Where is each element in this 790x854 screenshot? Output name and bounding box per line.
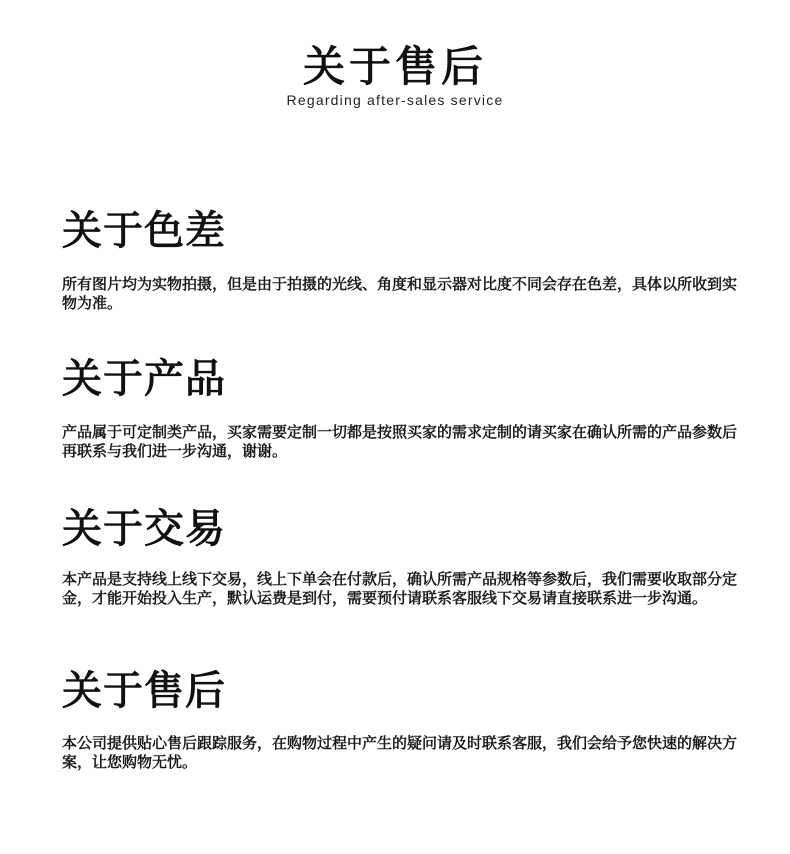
section-product: 关于产品 产品属于可定制类产品，买家需要定制一切都是按照买家的需求定制的请买家在… — [62, 355, 742, 461]
section-color-difference: 关于色差 所有图片均为实物拍摄，但是由于拍摄的光线、角度和显示器对比度不同会存在… — [62, 207, 742, 313]
section-heading: 关于交易 — [62, 505, 742, 553]
section-heading: 关于售后 — [62, 667, 742, 715]
section-body: 所有图片均为实物拍摄，但是由于拍摄的光线、角度和显示器对比度不同会存在色差，具体… — [62, 275, 742, 313]
section-body: 本产品是支持线上线下交易，线上下单会在付款后，确认所需产品规格等参数后，我们需要… — [62, 570, 742, 608]
section-heading: 关于色差 — [62, 207, 742, 255]
section-transaction: 关于交易 本产品是支持线上线下交易，线上下单会在付款后，确认所需产品规格等参数后… — [62, 505, 742, 608]
section-after-sales: 关于售后 本公司提供贴心售后跟踪服务，在购物过程中产生的疑问请及时联系客服，我们… — [62, 667, 742, 772]
section-body: 本公司提供贴心售后跟踪服务，在购物过程中产生的疑问请及时联系客服，我们会给予您快… — [62, 734, 742, 772]
page-header: 关于售后 Regarding after-sales service — [0, 40, 790, 108]
page-subtitle: Regarding after-sales service — [0, 92, 790, 108]
section-heading: 关于产品 — [62, 355, 742, 403]
page-title: 关于售后 — [0, 40, 790, 94]
section-body: 产品属于可定制类产品，买家需要定制一切都是按照买家的需求定制的请买家在确认所需的… — [62, 423, 742, 461]
